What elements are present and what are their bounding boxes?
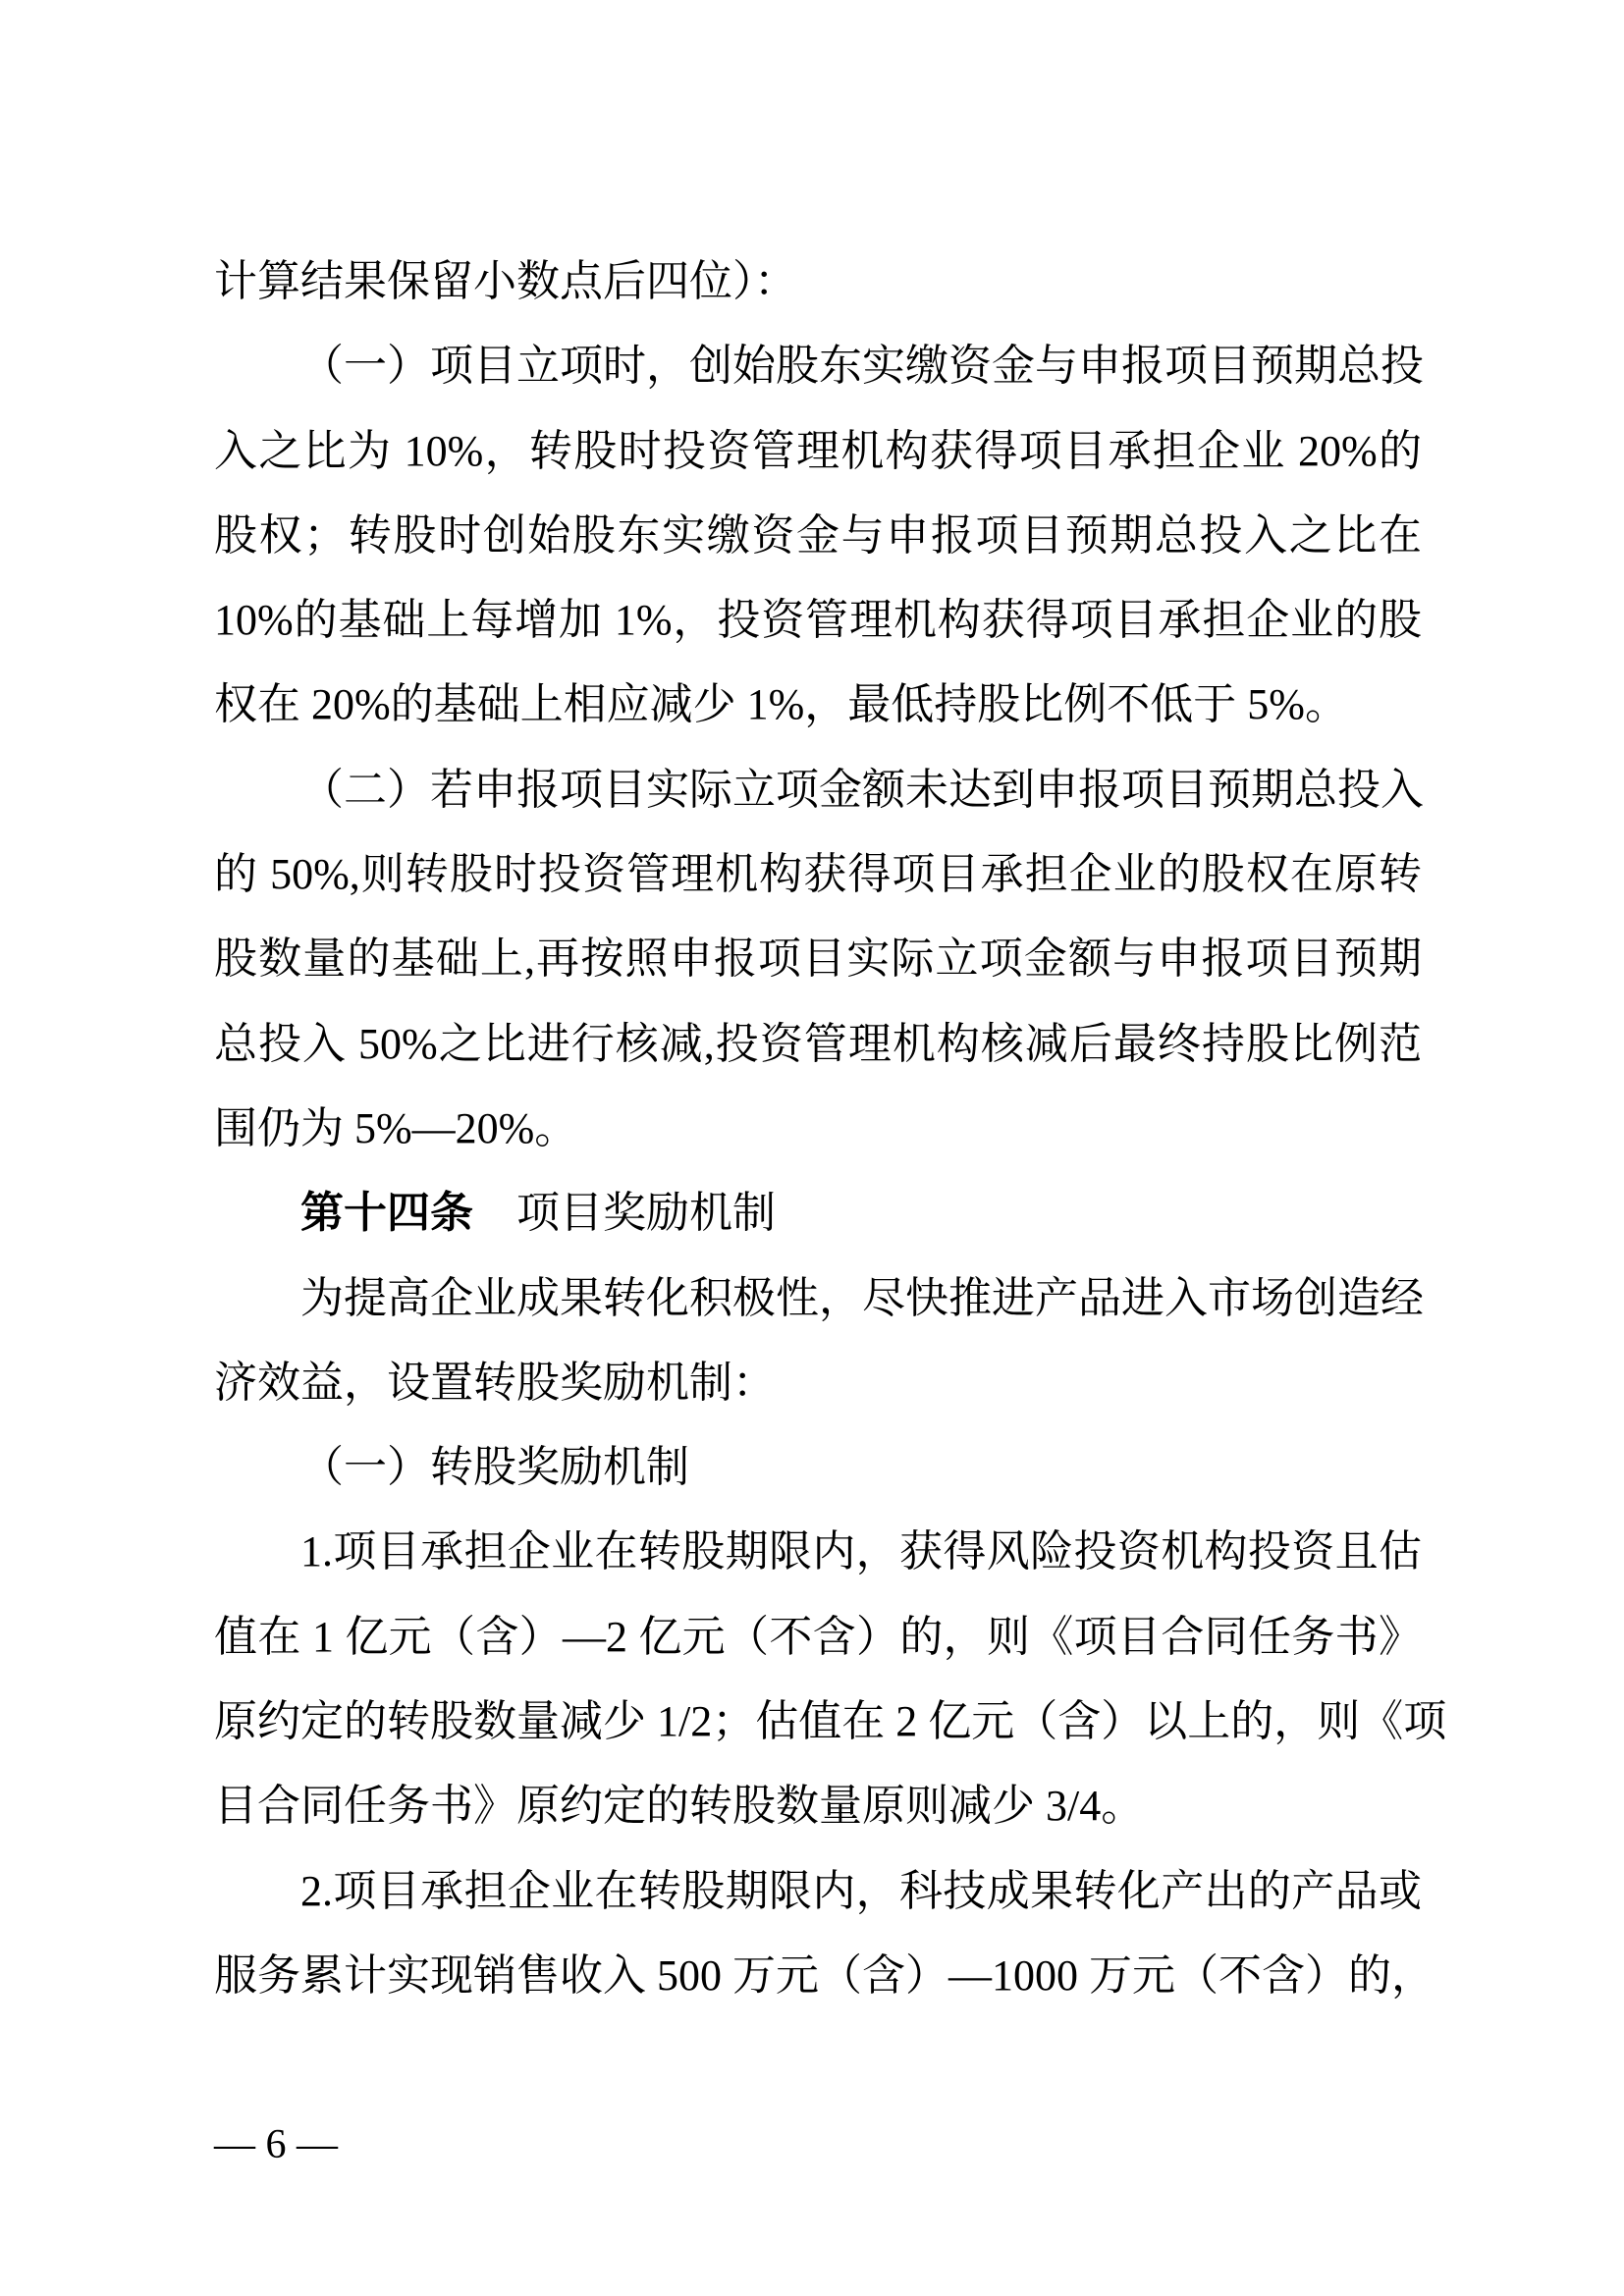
- text-line: 服务累计实现销售收入 500 万元（含）—1000 万元（不含）的，: [214, 1934, 1422, 2018]
- text-line: （二）若申报项目实际立项金额未达到申报项目预期总投入: [214, 748, 1422, 832]
- text-line: （一）转股奖励机制: [214, 1425, 1422, 1510]
- text-line: 1.项目承担企业在转股期限内，获得风险投资机构投资且估: [214, 1510, 1422, 1594]
- text-line: 原约定的转股数量减少 1/2；估值在 2 亿元（含）以上的，则《项: [214, 1680, 1422, 1764]
- page-number: — 6 —: [214, 2120, 338, 2169]
- text-line: 值在 1 亿元（含）—2 亿元（不含）的，则《项目合同任务书》: [214, 1595, 1422, 1680]
- document-body: 计算结果保留小数点后四位）： （一）项目立项时，创始股东实缴资金与申报项目预期总…: [214, 240, 1422, 2018]
- text-line: 为提高企业成果转化积极性，尽快推进产品进入市场创造经: [214, 1256, 1422, 1341]
- text-line: 入之比为 10%，转股时投资管理机构获得项目承担企业 20%的: [214, 409, 1422, 494]
- text-line: 股数量的基础上,再按照申报项目实际立项金额与申报项目预期: [214, 917, 1422, 1001]
- text-line: 2.项目承担企业在转股期限内，科技成果转化产出的产品或: [214, 1849, 1422, 1934]
- text-line: 股权；转股时创始股东实缴资金与申报项目预期总投入之比在: [214, 494, 1422, 578]
- text-line: 权在 20%的基础上相应减少 1%，最低持股比例不低于 5%。: [214, 663, 1422, 747]
- text-line: 总投入 50%之比进行核减,投资管理机构核减后最终持股比例范: [214, 1002, 1422, 1087]
- article-title: 项目奖励机制: [473, 1189, 776, 1237]
- text-line: 的 50%,则转股时投资管理机构获得项目承担企业的股权在原转: [214, 832, 1422, 917]
- article-number: 第十四条: [300, 1189, 473, 1237]
- text-line: 围仍为 5%—20%。: [214, 1087, 1422, 1171]
- text-line: 济效益，设置转股奖励机制：: [214, 1341, 1422, 1425]
- text-line: 目合同任务书》原约定的转股数量原则减少 3/4。: [214, 1764, 1422, 1848]
- document-page: 计算结果保留小数点后四位）： （一）项目立项时，创始股东实缴资金与申报项目预期总…: [0, 0, 1624, 2296]
- text-line: 计算结果保留小数点后四位）：: [214, 240, 1422, 324]
- text-line: 10%的基础上每增加 1%，投资管理机构获得项目承担企业的股: [214, 578, 1422, 663]
- text-line: （一）项目立项时，创始股东实缴资金与申报项目预期总投: [214, 324, 1422, 408]
- article-heading-line: 第十四条 项目奖励机制: [214, 1171, 1422, 1255]
